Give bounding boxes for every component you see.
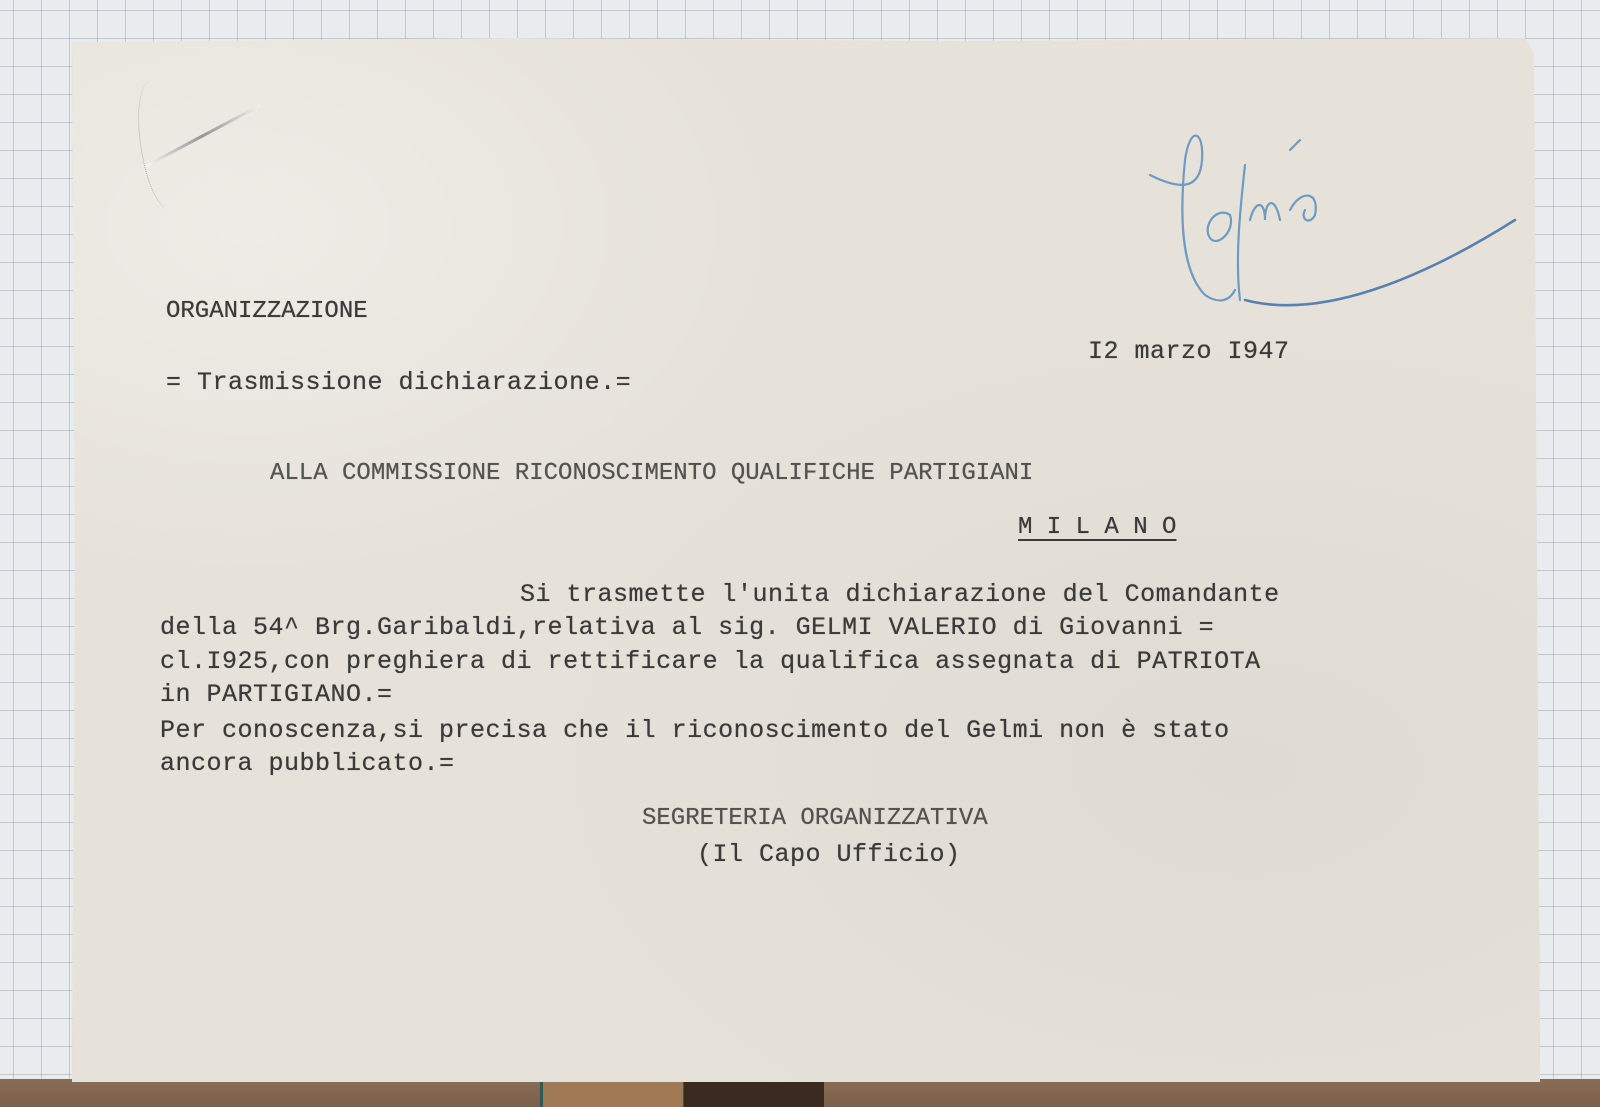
body-line-4: in PARTIGIANO.= — [160, 680, 393, 709]
body-line-5: Per conoscenza,si precisa che il riconos… — [160, 716, 1230, 745]
department-heading: ORGANIZZAZIONE — [166, 298, 368, 325]
signature-title: (Il Capo Ufficio) — [697, 840, 961, 869]
handwritten-copia-annotation — [1140, 120, 1520, 320]
body-line-3: cl.I925,con preghiera di rettificare la … — [160, 647, 1261, 676]
holder-clip-left — [540, 1082, 686, 1107]
holder-clip-right — [684, 1082, 824, 1107]
date-line: I2 marzo I947 — [1088, 337, 1290, 366]
body-line-2: della 54^ Brg.Garibaldi,relativa al sig.… — [160, 613, 1214, 642]
recipient-city: M I L A N O — [1018, 514, 1176, 541]
signature-office: SEGRETERIA ORGANIZZATIVA — [642, 805, 988, 832]
recipient-line: ALLA COMMISSIONE RICONOSCIMENTO QUALIFIC… — [270, 460, 1033, 487]
body-line-6: ancora pubblicato.= — [160, 749, 455, 778]
body-line-1: Si trasmette l'unita dichiarazione del C… — [520, 580, 1280, 609]
subject-line: = Trasmissione dichiarazione.= — [166, 368, 631, 397]
